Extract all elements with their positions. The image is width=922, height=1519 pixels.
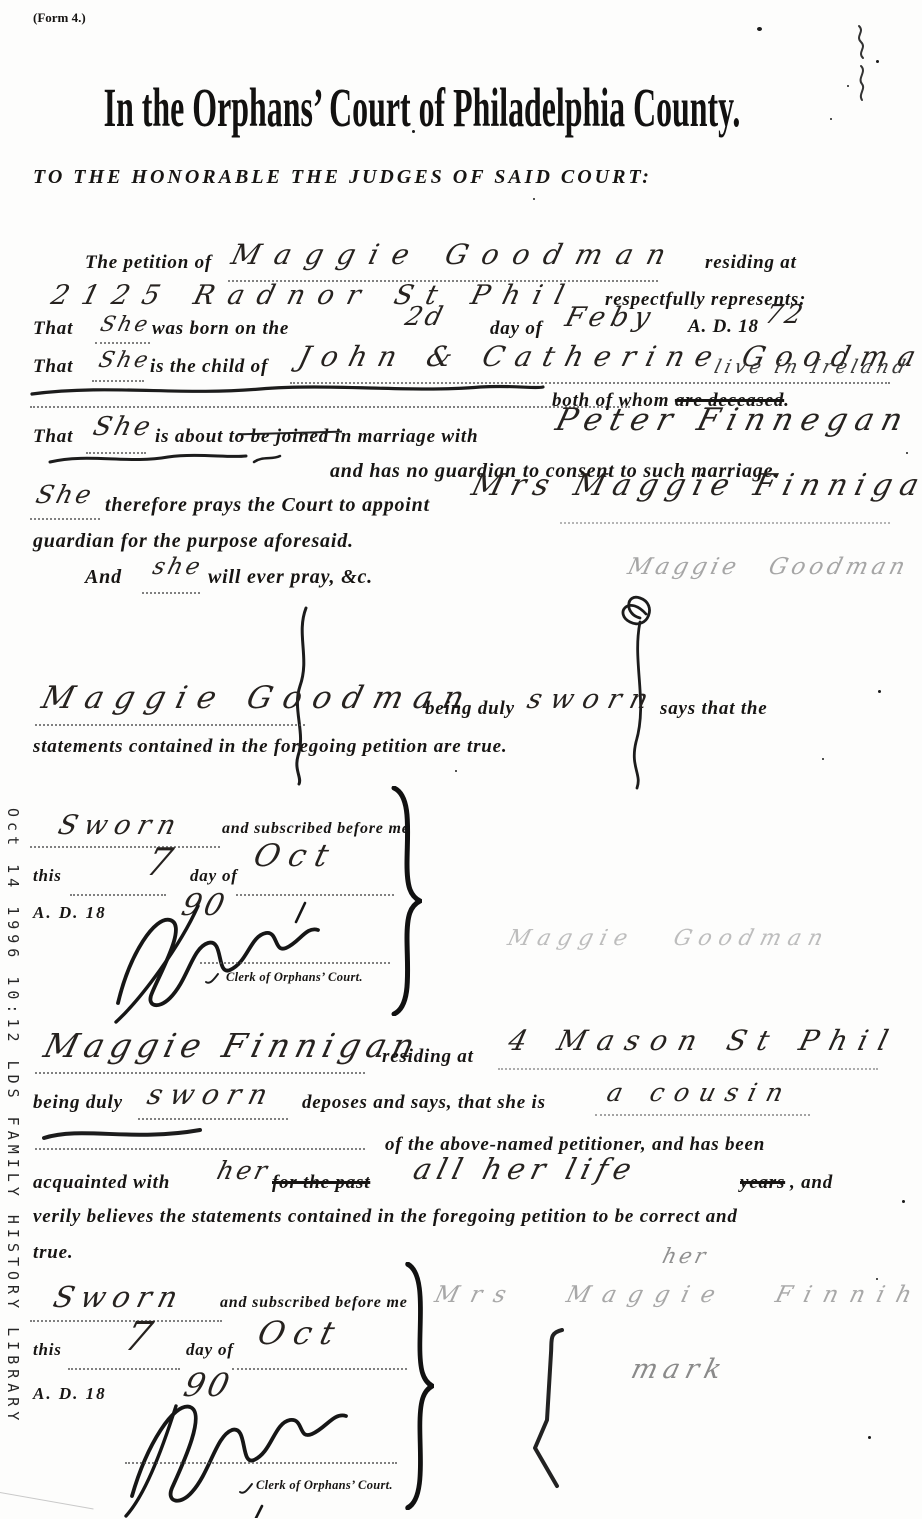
that-label: That (33, 426, 73, 448)
month-handwritten: Oct (254, 1314, 347, 1352)
ink-speck (902, 1200, 905, 1203)
residing-at-label: residing at (382, 1046, 474, 1068)
this-label: this (33, 1340, 62, 1360)
ink-scrawl-tick (252, 452, 282, 466)
blank-rule (68, 1368, 180, 1370)
blank-rule (35, 724, 305, 726)
scanned-petition-document: (Form 4.) In the Orphans’ Court of Phila… (0, 0, 922, 1519)
blank-rule (125, 1462, 397, 1464)
subscribed-before-me-label: and subscribed before me (220, 1294, 408, 1312)
blank-rule (595, 1114, 810, 1116)
witness-signature-faint: Maggie Goodman (505, 926, 832, 951)
blank-rule (232, 1368, 407, 1370)
birth-year-handwritten: 72 (762, 300, 809, 330)
relationship-handwritten: a cousin (604, 1078, 796, 1107)
document-title: In the Orphans’ Court of Philadelphia Co… (104, 76, 741, 139)
sworn-handwritten: sworn (144, 1078, 279, 1111)
pronoun-she-handwritten: She (96, 348, 153, 373)
that-label: That (33, 318, 73, 340)
verily-believes-label: verily believes the statements contained… (33, 1206, 738, 1228)
comma-and-label: , and (790, 1172, 833, 1194)
mark-name-faint: Mrs Maggie Finnihan (432, 1282, 922, 1308)
ink-speck (878, 690, 881, 693)
petitioner-signature-faint: Maggie Goodman (625, 554, 912, 580)
statements-true-label: statements contained in the foregoing pe… (33, 736, 507, 758)
proposed-guardian-handwritten: Mrs Maggie Finnigan (468, 468, 922, 503)
duration-handwritten: all her life (410, 1152, 641, 1186)
that-label: That (33, 356, 73, 378)
deponent-name-handwritten: Maggie Goodman (38, 680, 479, 716)
ink-speck (847, 85, 849, 87)
about-to-be-joined-label: is about to be joined in marriage with (155, 426, 478, 448)
scan-date-library-stamp: Oct 14 1996 10:12 LDS FAMILY HISTORY LIB… (4, 808, 22, 1458)
affiant-name-handwritten: Maggie Finnigan (40, 1026, 425, 1065)
birth-month-handwritten: Feby (562, 302, 660, 333)
curly-brace-right (388, 786, 422, 1016)
and-label: And (85, 566, 122, 589)
clerk-of-orphans-court-label: Clerk of Orphans’ Court. (256, 1478, 393, 1493)
sworn-handwritten: Sworn (55, 810, 186, 841)
ink-speck (533, 198, 535, 200)
blank-rule (498, 1068, 878, 1070)
blank-rule (236, 894, 394, 896)
pronoun-she-handwritten: She (98, 312, 153, 336)
ink-speck (822, 758, 824, 760)
affiant-address-handwritten: 4 Mason St Phil (505, 1024, 903, 1057)
blank-rule (95, 342, 150, 344)
ad-18-label: A. D. 18 (33, 1384, 107, 1404)
ink-scrawl-tick (238, 1482, 254, 1496)
birth-day-handwritten: 2d (402, 302, 449, 332)
day-of-label: day of (186, 1340, 234, 1360)
her-mark-word-her: her (660, 1244, 711, 1268)
ink-speck (757, 27, 762, 31)
petitioner-address-handwritten: 2125 Radnor St Phil (48, 280, 580, 311)
form-number-label: (Form 4.) (33, 10, 86, 26)
blank-rule (30, 1320, 222, 1322)
intended-spouse-handwritten: Peter Finnegan (552, 402, 914, 438)
ad-18-label: A. D. 18 (33, 903, 107, 923)
ink-speck (412, 130, 415, 133)
petition-of-label: The petition of (85, 252, 212, 274)
page-corner-line (0, 1492, 94, 1509)
child-of-label: is the child of (150, 356, 268, 378)
blank-rule (30, 518, 100, 520)
ink-scrawl-tick (204, 972, 220, 986)
ink-squiggle-margin (845, 22, 875, 107)
day-of-label: day of (190, 866, 238, 886)
pronoun-she-handwritten: she (150, 554, 206, 580)
guardian-purpose-label: guardian for the purpose aforesaid. (33, 530, 354, 553)
her-handwritten: her (214, 1156, 273, 1185)
ink-speck (906, 452, 908, 454)
sworn-handwritten: sworn (524, 684, 660, 715)
says-that-the-label: says that the (660, 698, 768, 720)
ink-speck (876, 1278, 878, 1280)
angular-brace-left (522, 1328, 570, 1498)
residing-at-label: residing at (705, 252, 797, 274)
blank-rule (35, 1072, 365, 1074)
ink-speck (876, 60, 879, 63)
pronoun-she-handwritten: She (33, 480, 97, 509)
blank-rule (560, 522, 890, 524)
curly-brace-right (402, 1262, 434, 1510)
blank-rule (142, 592, 200, 594)
petitioner-name-handwritten: Maggie Goodman (228, 238, 683, 271)
salutation-line: TO THE HONORABLE THE JUDGES OF SAID COUR… (33, 166, 652, 189)
day-of-label: day of (490, 318, 543, 340)
was-born-label: was born on the (152, 318, 289, 340)
blank-rule (70, 894, 166, 896)
ink-scrawl-fill-line (30, 380, 545, 400)
pronoun-she-handwritten: She (90, 412, 156, 442)
ink-speck (345, 90, 348, 93)
for-the-past-struck-text: for the past (272, 1172, 370, 1194)
blank-rule (138, 1118, 288, 1120)
blank-rule (200, 962, 390, 964)
will-ever-pray-label: will ever pray, &c. (208, 566, 373, 589)
acquainted-with-label: acquainted with (33, 1172, 170, 1194)
this-label: this (33, 866, 62, 886)
ink-speck (455, 770, 457, 772)
being-duly-label: being duly (33, 1092, 123, 1114)
her-mark-word-mark: mark (628, 1354, 731, 1385)
true-label: true. (33, 1242, 73, 1264)
ink-speck (868, 1436, 871, 1439)
clerk-of-orphans-court-label: Clerk of Orphans’ Court. (226, 970, 363, 985)
ink-speck (830, 118, 832, 120)
deposes-and-says-label: deposes and says, that she is (302, 1092, 546, 1114)
live-in-ireland-annotation: live in Ireland (712, 356, 912, 378)
years-struck-text: years (740, 1172, 785, 1194)
being-duly-label: being duly (425, 698, 515, 720)
sworn-handwritten: Sworn (50, 1280, 188, 1314)
prays-court-label: therefore prays the Court to appoint (105, 494, 430, 517)
ink-scrawl-dash (48, 450, 248, 468)
blank-rule (30, 406, 630, 408)
month-handwritten: Oct (250, 838, 341, 874)
clerk-signature-scrawl (112, 1378, 362, 1518)
ad-18-label: A. D. 18 (688, 316, 759, 338)
blank-rule (35, 1148, 365, 1150)
blank-rule (30, 846, 220, 848)
subscribed-before-me-label: and subscribed before me (222, 820, 410, 838)
ink-scrawl-dash (42, 1124, 202, 1144)
